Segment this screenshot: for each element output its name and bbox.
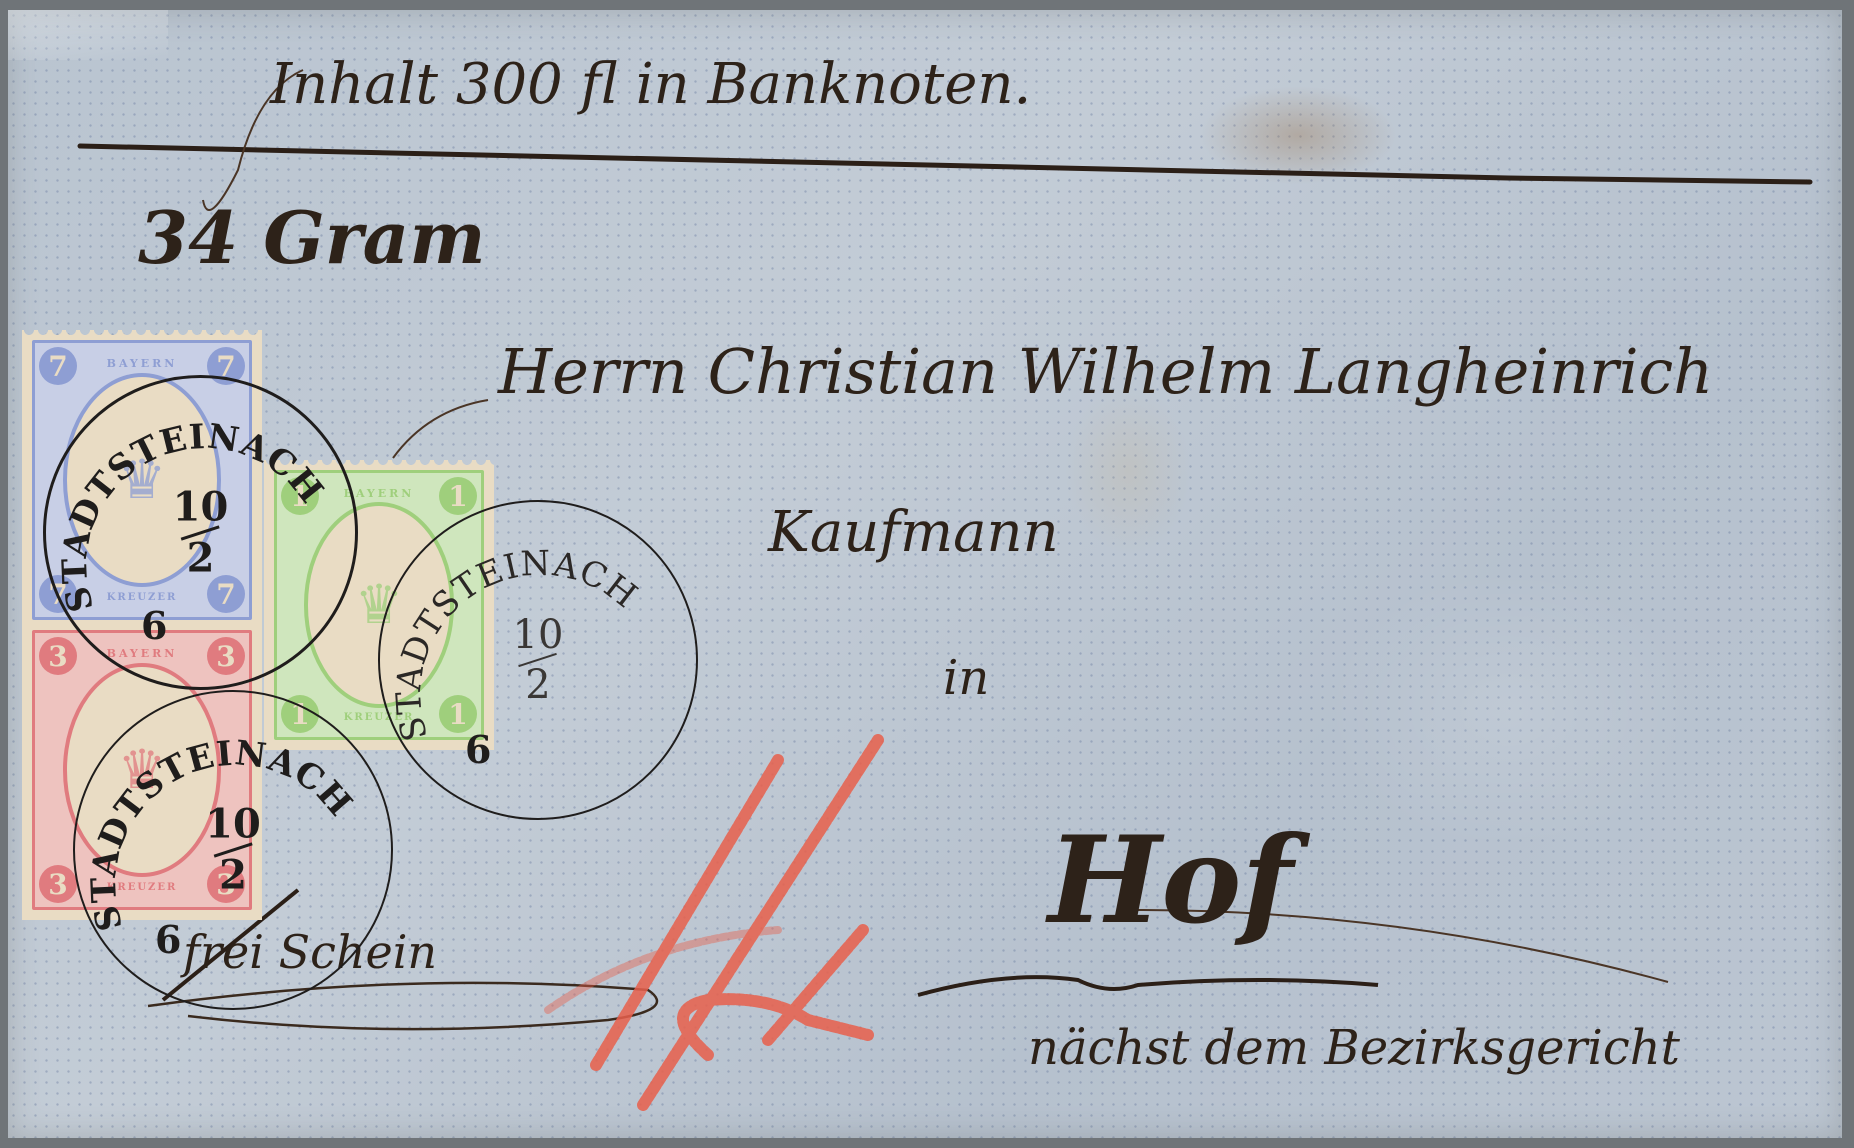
postmark-month: 2 [219,852,247,899]
postmark-month: 2 [525,662,550,708]
postal-cover: Inhalt 300 fl in Banknoten. 34 Gram Herr… [8,10,1842,1138]
recipient-occupation: Kaufmann [768,500,1059,565]
postmark-1: STADTSTEINACH 10 2 6 [43,375,358,690]
destination-city: Hof [1048,810,1293,951]
postmark-2: STADTSTEINACH 10 2 6 [378,500,698,820]
weight-note: 34 Gram [138,195,486,280]
postmark-3: STADTSTEINACH 10 2 6 [73,690,393,1010]
contents-declaration: Inhalt 300 fl in Banknoten. [270,52,1031,117]
delivery-note: nächst dem Bezirksgericht [1028,1020,1680,1076]
postmark-hour: 6 [465,727,491,772]
postmark-month: 2 [187,534,215,581]
postmark-day: 10 [173,483,229,530]
postmark-hour: 6 [155,917,181,962]
postmark-hour: 6 [141,603,167,648]
postmark-day: 10 [513,612,564,658]
postmark-day: 10 [205,801,261,848]
recipient-name: Herrn Christian Wilhelm Langheinrich [498,335,1713,408]
address-in: in [943,650,989,706]
